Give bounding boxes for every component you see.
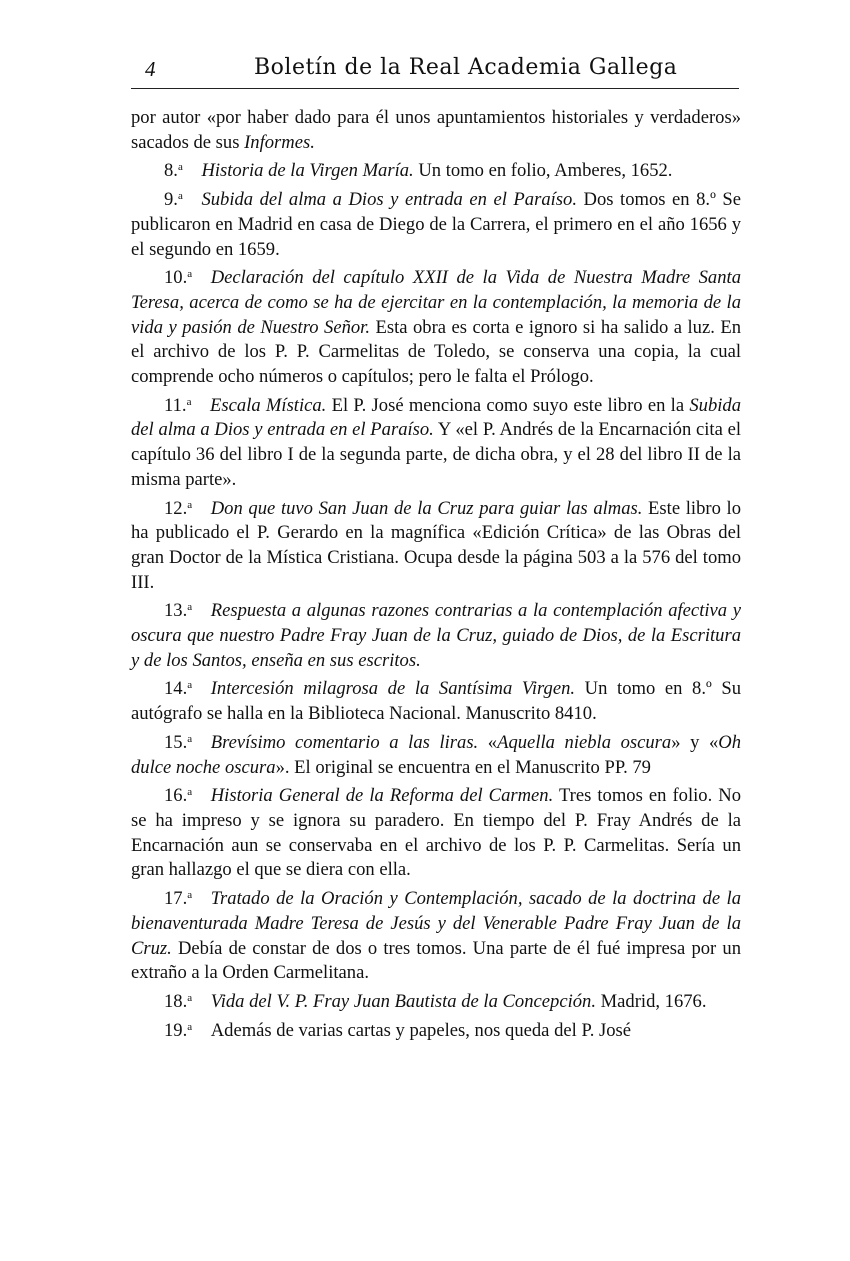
text-run: Un tomo en folio, Amberes, 1652.: [414, 160, 673, 181]
running-title: Boletín de la Real Academia Gallega: [254, 55, 677, 80]
bibliography-entry: 17.a Tratado de la Oración y Contemplaci…: [131, 883, 741, 986]
italic-title: Escala Mística.: [210, 395, 326, 416]
bibliography-entry: 8.a Historia de la Virgen María. Un tomo…: [131, 155, 741, 184]
text-run: ». El original se encuentra en el Manusc…: [276, 757, 651, 778]
italic-title: Intercesión milagrosa de la Santísima Vi…: [211, 678, 575, 699]
body-text: por autor «por haber dado para él unos a…: [131, 106, 741, 1043]
bibliography-entry: 12.a Don que tuvo San Juan de la Cruz pa…: [131, 493, 741, 596]
entry-number: 13.a: [164, 600, 192, 621]
italic-title: Subida del alma a Dios y entrada en el P…: [201, 189, 577, 210]
text-run: » y «: [671, 732, 718, 753]
italic-title: Brevísimo comentario a las liras.: [211, 732, 478, 753]
page-header: 4 Boletín de la Real Academia Gallega: [131, 55, 739, 89]
bibliography-entry: 10.a Declaración del capítulo XXII de la…: [131, 262, 741, 390]
italic-title: Historia de la Virgen María.: [201, 160, 413, 181]
italic-title: Historia General de la Reforma del Carme…: [211, 785, 554, 806]
bibliography-entry: 19.a Además de varias cartas y papeles, …: [131, 1015, 741, 1044]
text-run: Madrid, 1676.: [596, 991, 707, 1012]
bibliography-entry: 16.a Historia General de la Reforma del …: [131, 780, 741, 883]
entry-number: 9.a: [164, 189, 183, 210]
entry-number: 11.a: [164, 395, 191, 416]
italic-title: Don que tuvo San Juan de la Cruz para gu…: [211, 498, 643, 519]
entry-number: 12.a: [164, 498, 192, 519]
bibliography-entry: 11.a Escala Mística. El P. José menciona…: [131, 390, 741, 493]
italic-title: Vida del V. P. Fray Juan Bautista de la …: [211, 991, 596, 1012]
text-run: El P. José menciona como suyo este libro…: [326, 395, 689, 416]
entry-number: 18.a: [164, 991, 192, 1012]
entry-number: 15.a: [164, 732, 192, 753]
bibliography-entry: 14.a Intercesión milagrosa de la Santísi…: [131, 673, 741, 726]
entry-number: 16.a: [164, 785, 192, 806]
entry-number: 17.a: [164, 888, 192, 909]
entry-number: 14.a: [164, 678, 192, 699]
page-number: 4: [145, 57, 156, 82]
bibliography-entry: 18.a Vida del V. P. Fray Juan Bautista d…: [131, 986, 741, 1015]
italic-title: Respuesta a algunas razones contrarias a…: [131, 600, 741, 670]
bibliography-entry: 15.a Brevísimo comentario a las liras. «…: [131, 727, 741, 780]
continuation-paragraph: por autor «por haber dado para él unos a…: [131, 106, 741, 155]
entry-number: 19.a: [164, 1020, 192, 1041]
entry-number: 10.a: [164, 267, 192, 288]
text-run: «: [478, 732, 497, 753]
text-run: Debía de constar de dos o tres tomos. Un…: [131, 938, 741, 984]
bibliography-entry: 13.a Respuesta a algunas razones contrar…: [131, 595, 741, 673]
italic-title: Aquella niebla oscura: [497, 732, 671, 753]
header-rule: [131, 88, 739, 89]
bibliography-entry: 9.a Subida del alma a Dios y entrada en …: [131, 184, 741, 262]
entry-number: 8.a: [164, 160, 183, 181]
italic-title: Informes.: [244, 132, 315, 153]
text-run: por autor «por haber dado para él unos a…: [131, 107, 741, 153]
text-run: Además de varias cartas y papeles, nos q…: [211, 1020, 631, 1041]
